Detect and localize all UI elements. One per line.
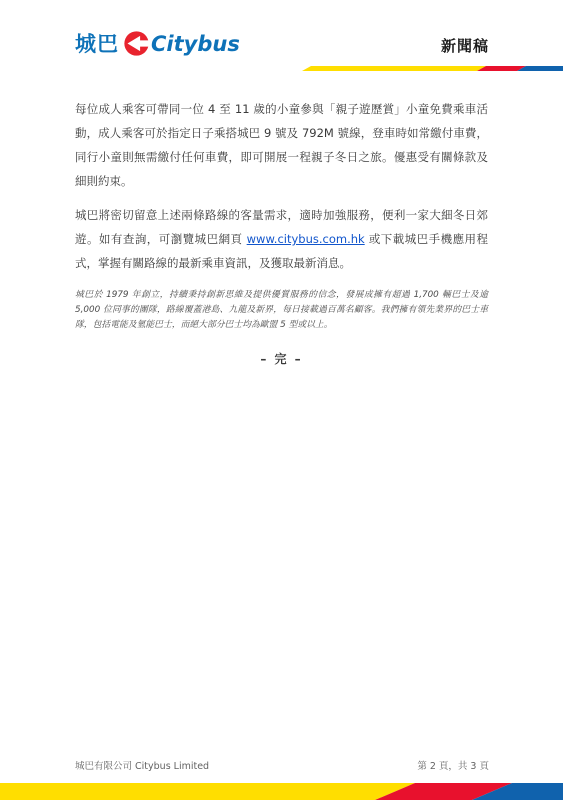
footer-page-number: 第 2 頁，共 3 頁 bbox=[417, 758, 489, 772]
logo-english-text: Citybus bbox=[151, 31, 240, 57]
document-body: 每位成人乘客可帶同一位 4 至 11 歲的小童參與「親子遊歷賞」小童免費乘車活動… bbox=[75, 97, 488, 367]
footer-company-name: 城巴有限公司 Citybus Limited bbox=[75, 758, 209, 772]
header: 城巴 Citybus 新聞稿 bbox=[75, 30, 489, 57]
company-boilerplate: 城巴於 1979 年創立，持續秉持創新思維及提供優質服務的信念，發展成擁有超過 … bbox=[75, 288, 488, 333]
citybus-logo: 城巴 Citybus bbox=[75, 30, 240, 57]
header-stripe-yellow bbox=[302, 66, 486, 71]
end-of-release-marker: – 完 – bbox=[75, 350, 488, 367]
citybus-arrow-icon bbox=[123, 30, 150, 57]
citybus-website-link[interactable]: www.citybus.com.hk bbox=[247, 232, 365, 246]
press-release-label: 新聞稿 bbox=[441, 35, 489, 57]
header-stripe bbox=[0, 66, 563, 71]
footer-stripe-yellow bbox=[0, 783, 415, 800]
footer-stripe bbox=[0, 783, 563, 800]
paragraph-promotion: 每位成人乘客可帶同一位 4 至 11 歲的小童參與「親子遊歷賞」小童免費乘車活動… bbox=[75, 97, 488, 193]
paragraph-enquiry: 城巴將密切留意上述兩條路線的客量需求，適時加強服務，便利一家大細冬日郊遊。如有查… bbox=[75, 203, 488, 275]
logo-chinese-text: 城巴 bbox=[75, 31, 119, 57]
footer: 城巴有限公司 Citybus Limited 第 2 頁，共 3 頁 bbox=[75, 758, 489, 772]
press-release-page: 城巴 Citybus 新聞稿 每位成人乘客可帶同一位 4 至 11 歲的小童參與… bbox=[0, 0, 563, 800]
